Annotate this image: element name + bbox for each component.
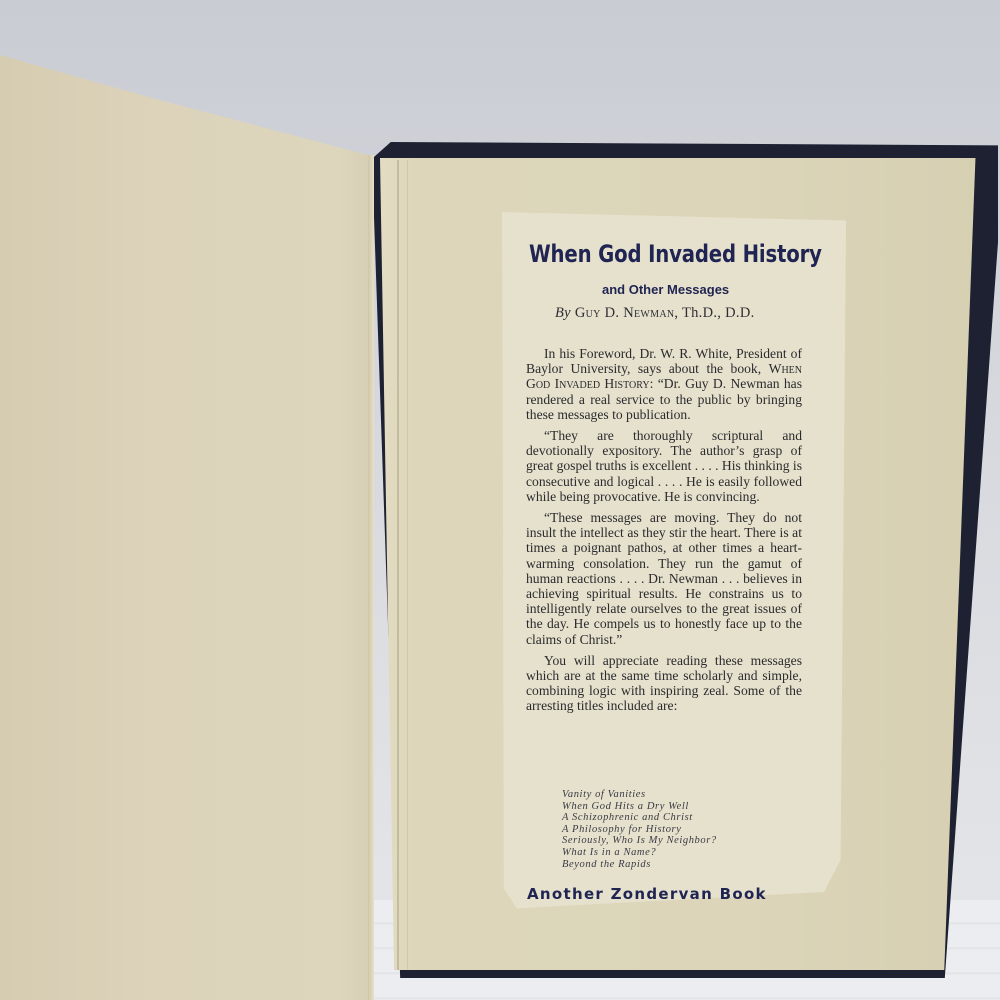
author-name: Guy D. Newman [575,305,675,321]
gutter-crease [397,160,399,970]
list-item: What Is in a Name? [562,847,717,859]
paragraph-moving: “These messages are moving. They do not … [526,510,802,647]
gutter-hinge [407,160,408,970]
free-endpaper [0,0,400,1000]
blurb-text: In his Foreword, Dr. W. R. White, Presid… [526,346,802,720]
included-titles-list: Vanity of Vanities When God Hits a Dry W… [562,789,717,870]
byline: By Guy D. Newman, Th.D., D.D. [555,305,755,322]
list-item: Vanity of Vanities [562,789,717,801]
author-credentials: , Th.D., D.D. [674,305,754,321]
list-item: When God Hits a Dry Well [562,801,717,813]
foreword-text-a: In his Foreword, Dr. W. R. White, Presid… [526,346,802,376]
paragraph-scriptural: “They are thoroughly scriptural and devo… [526,428,802,504]
publisher-line: Another Zondervan Book [527,885,767,903]
list-item: Beyond the Rapids [562,859,717,871]
endpaper-edge [368,155,374,1000]
list-item: Seriously, Who Is My Neighbor? [562,835,717,847]
list-item: A Schizophrenic and Christ [562,812,717,824]
byline-by: By [555,305,571,321]
paragraph-appreciate: You will appreciate reading these messag… [526,653,802,714]
book-title: When God Invaded History [529,240,768,268]
book-subtitle: and Other Messages [602,282,729,297]
list-item: A Philosophy for History [562,824,717,836]
paragraph-foreword: In his Foreword, Dr. W. R. White, Presid… [526,346,802,422]
